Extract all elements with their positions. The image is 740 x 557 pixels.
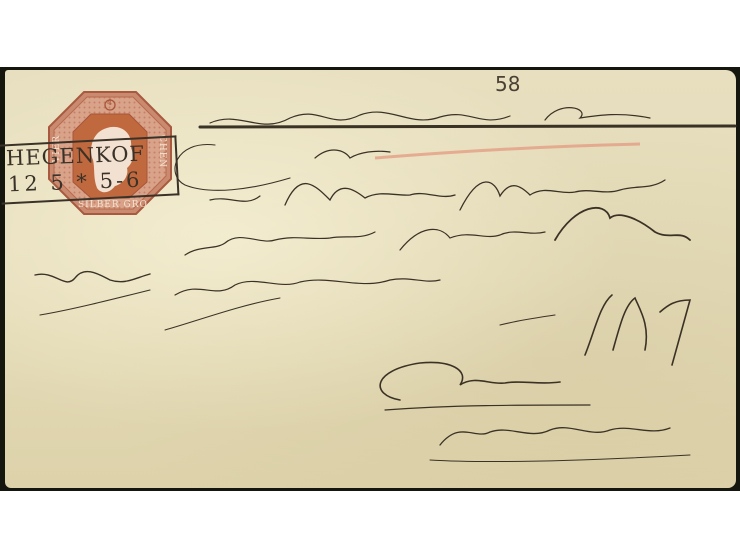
handwriting-strokes xyxy=(0,0,740,557)
